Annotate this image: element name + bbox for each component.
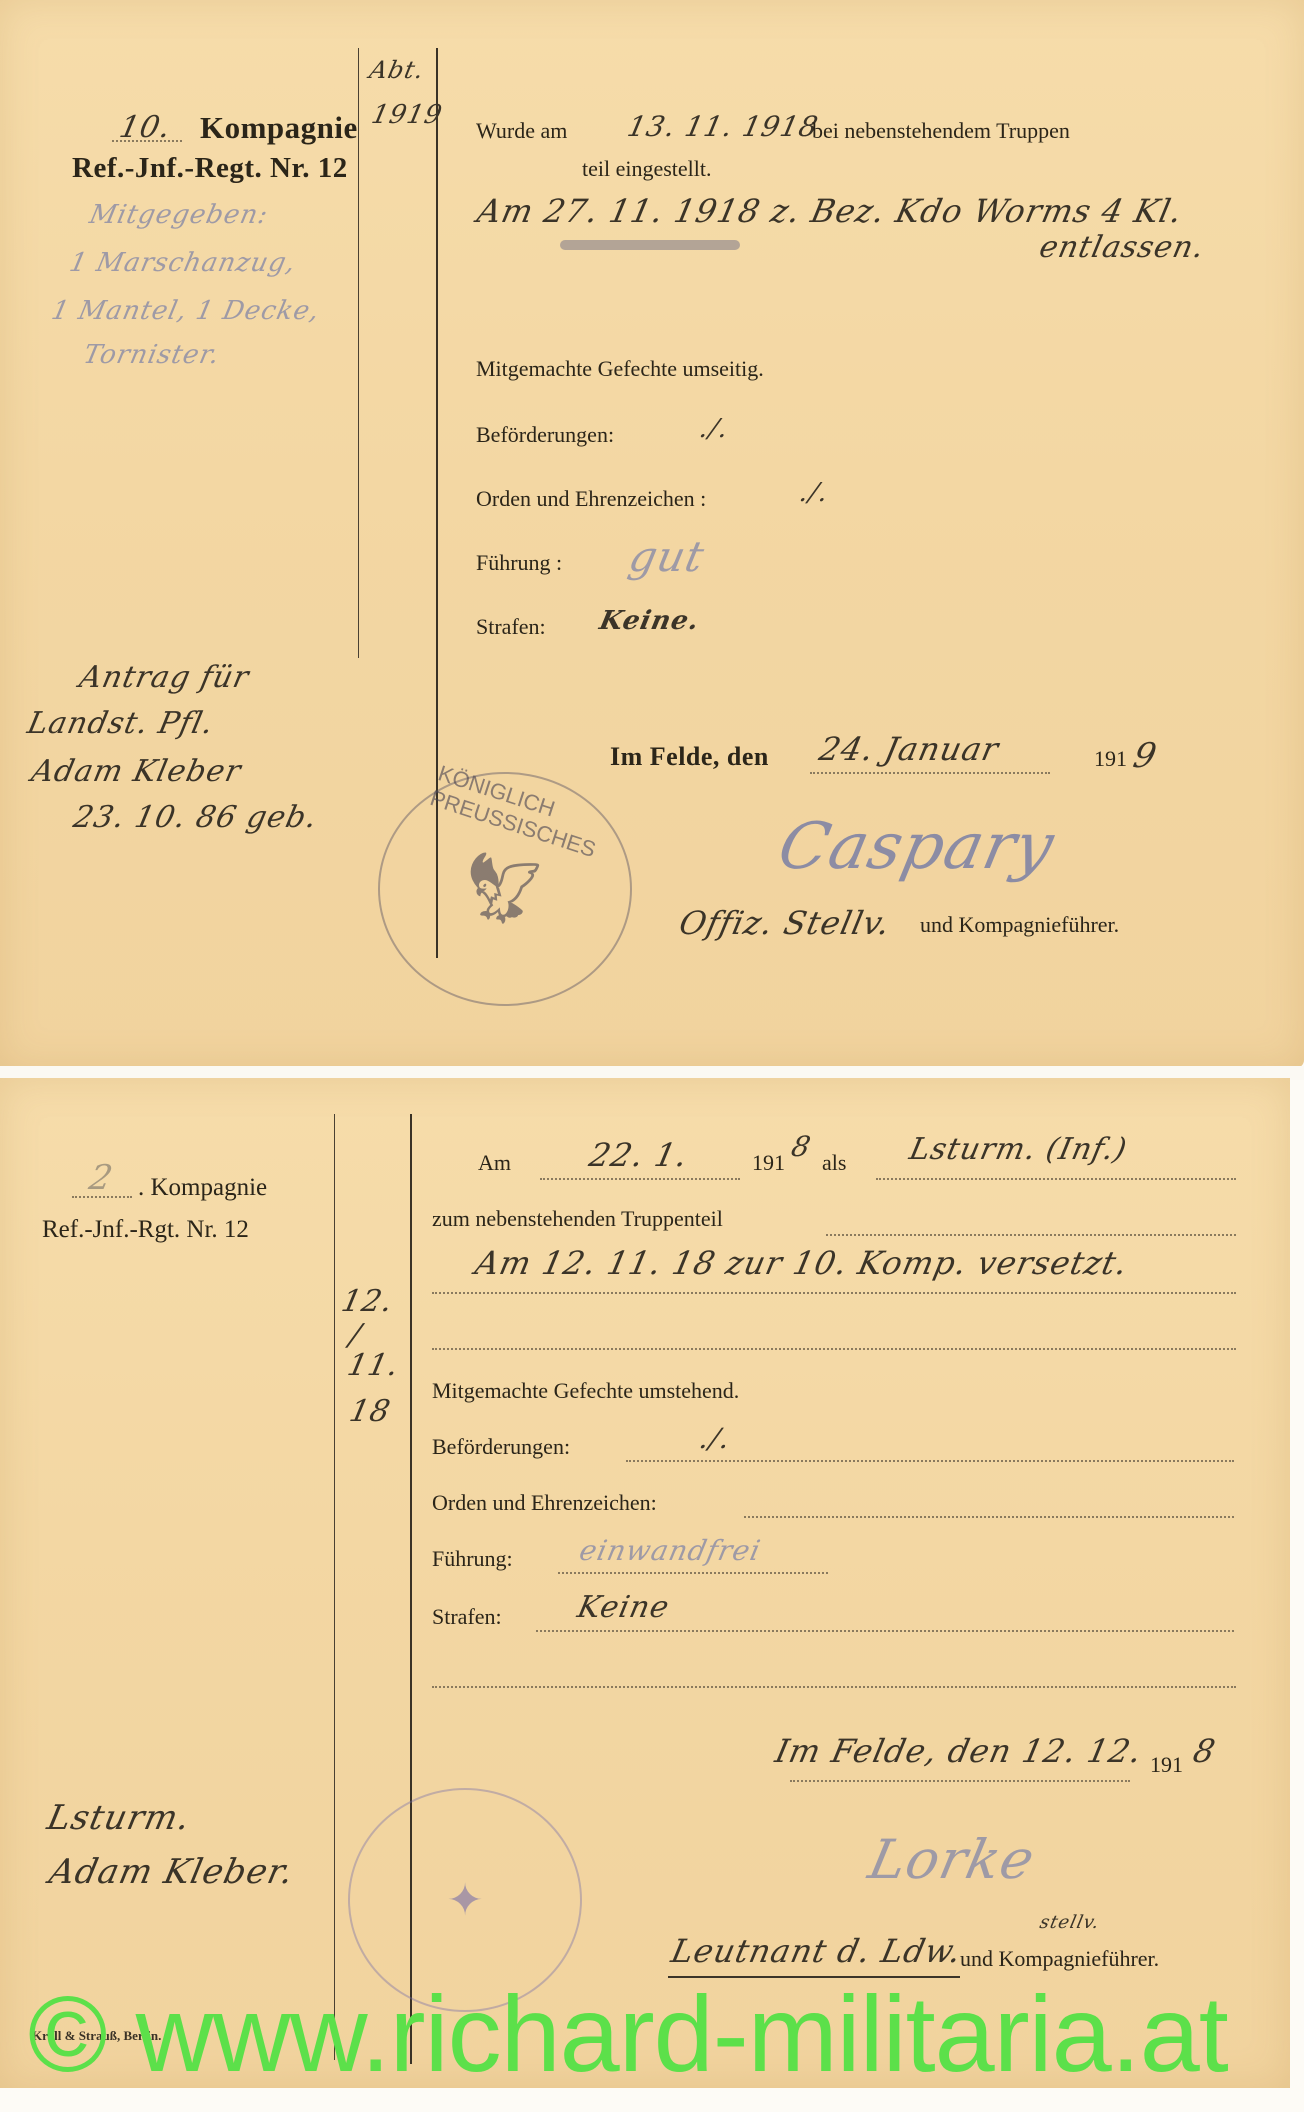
- year-prefix: 191: [1094, 746, 1127, 772]
- promotions-dotline: [626, 1460, 1234, 1462]
- year-suffix-2: 8: [1190, 1732, 1219, 1770]
- issued-items-line-4: Tornister.: [81, 340, 223, 370]
- company-number-dotline: [112, 140, 182, 142]
- left-note-line-1: Lsturm.: [44, 1798, 194, 1838]
- entry-line-prefix: Wurde am: [476, 118, 567, 144]
- field-label-conduct: Führung :: [476, 550, 562, 576]
- field-value-punishments: Keine.: [597, 606, 702, 636]
- signature-role-hand: Leutnant d. Ldw.: [668, 1932, 965, 1970]
- field-label-punishments: Strafen:: [476, 614, 546, 640]
- field-value-promotions: ./.: [696, 1422, 733, 1455]
- eagle-icon: 🦅︎: [461, 848, 550, 930]
- left-note-line-2: Landst. Pfl.: [24, 706, 217, 741]
- signature-role-print: und Kompagnieführer.: [920, 912, 1119, 938]
- entry-line-suffix: bei nebenstehendem Truppen: [812, 118, 1070, 144]
- entry-date: 22. 1.: [586, 1136, 692, 1174]
- transfer-note: Am 12. 11. 18 zur 10. Komp. versetzt.: [472, 1244, 1132, 1282]
- year-prefix: 191: [752, 1150, 785, 1176]
- margin-date-month: 11.: [344, 1348, 402, 1383]
- margin-date-year: 18: [346, 1394, 394, 1429]
- entry-line-2: zum nebenstehenden Truppenteil: [432, 1206, 723, 1232]
- discharge-note-line-2: entlassen.: [1036, 230, 1207, 265]
- year-suffix: 8: [788, 1130, 814, 1163]
- company-number-dotline: [72, 1196, 132, 1198]
- left-note-line-4: 23. 10. 86 geb.: [70, 800, 320, 835]
- punishments-dotline: [536, 1630, 1234, 1632]
- place-line: Im Felde, den 12. 12.: [772, 1732, 1146, 1770]
- separator-dotline: [432, 1686, 1236, 1688]
- entry-date: 13. 11. 1918: [624, 110, 821, 143]
- signature-role-superscript: stellv.: [1038, 1912, 1102, 1933]
- issued-items-line-3: 1 Mantel, 1 Decke,: [49, 296, 323, 326]
- entry-date-dotline: [540, 1178, 740, 1180]
- field-label-promotions: Beförderungen:: [476, 422, 614, 448]
- company-label: Kompagnie: [200, 110, 358, 146]
- field-value-conduct: einwandfrei: [576, 1534, 763, 1567]
- field-label-conduct: Führung:: [432, 1546, 513, 1572]
- field-value-decorations: ./.: [797, 478, 832, 508]
- field-label-battles: Mitgemachte Gefechte umseitig.: [476, 356, 764, 382]
- field-value-promotions: ./.: [697, 414, 732, 444]
- left-note-line-2: Adam Kleber.: [46, 1852, 298, 1892]
- crest-icon: ✦: [447, 1875, 484, 1926]
- bottom-service-card: 2 . Kompagnie Ref.-Jnf.-Rgt. Nr. 12 12. …: [0, 1078, 1290, 2088]
- entry-rank-dotline: [876, 1178, 1236, 1180]
- transfer-note-dotline: [432, 1292, 1236, 1294]
- entry-line-2-dotline: [826, 1234, 1236, 1236]
- regiment-label: Ref.-Jnf.-Regt. Nr. 12: [72, 152, 348, 185]
- column-divider-left: [334, 1114, 335, 2060]
- blank-dotline: [432, 1348, 1236, 1350]
- margin-date-day: 12.: [338, 1284, 396, 1319]
- field-label-punishments: Strafen:: [432, 1604, 502, 1630]
- place-date: 24. Januar: [816, 730, 1003, 768]
- left-note-line-3: Adam Kleber: [28, 754, 244, 789]
- commander-signature: Caspary: [772, 810, 1061, 884]
- field-value-conduct: gut: [625, 532, 709, 581]
- conduct-dotline: [558, 1572, 828, 1574]
- company-label: . Kompagnie: [138, 1174, 267, 1202]
- margin-note-line-1: Abt.: [367, 56, 427, 84]
- year-prefix-2: 191: [1150, 1752, 1183, 1778]
- year-suffix: 9: [1130, 736, 1161, 776]
- place-line-dotline: [790, 1780, 1130, 1782]
- regiment-label: Ref.-Jnf.-Rgt. Nr. 12: [42, 1216, 249, 1244]
- decorations-dotline: [744, 1516, 1234, 1518]
- field-label-battles: Mitgemachte Gefechte umstehend.: [432, 1378, 739, 1404]
- field-label-decorations: Orden und Ehrenzeichen :: [476, 486, 706, 512]
- signature-role-hand: Offiz. Stellv.: [676, 904, 894, 942]
- entry-as: als: [822, 1150, 846, 1176]
- top-service-card: 10. Kompagnie Ref.-Jnf.-Regt. Nr. 12 Abt…: [0, 0, 1304, 1068]
- field-label-promotions: Beförderungen:: [432, 1434, 570, 1460]
- company-number: 2: [86, 1158, 117, 1198]
- signature-role-print: und Kompagnieführer.: [960, 1946, 1159, 1972]
- commander-signature: Lorke: [863, 1828, 1040, 1891]
- discharge-note-line-1: Am 27. 11. 1918 z. Bez. Kdo Worms 4 Kl.: [474, 192, 1186, 230]
- entry-line-2: teil eingestellt.: [582, 156, 712, 182]
- left-note-line-1: Antrag für: [76, 660, 252, 695]
- margin-note-line-2: 1919: [369, 100, 446, 130]
- field-label-decorations: Orden und Ehrenzeichen:: [432, 1490, 657, 1516]
- stamp-royal-prussian-eagle: KÖNIGLICH PREUSSISCHES 🦅︎: [378, 772, 632, 1006]
- field-value-punishments: Keine: [574, 1590, 672, 1625]
- column-divider-left: [358, 48, 359, 658]
- issued-items-line-2: 1 Marschanzug,: [67, 248, 299, 278]
- place-date-dotline: [810, 772, 1050, 774]
- entry-rank: Lsturm. (Inf.): [906, 1132, 1130, 1167]
- ink-smudge: [560, 240, 740, 250]
- copyright-watermark: © www.richard-militaria.at: [28, 1980, 1228, 2088]
- issued-items-line-1: Mitgegeben:: [87, 200, 271, 230]
- entry-prefix: Am: [478, 1150, 511, 1176]
- place-prefix: Im Felde, den: [610, 742, 769, 772]
